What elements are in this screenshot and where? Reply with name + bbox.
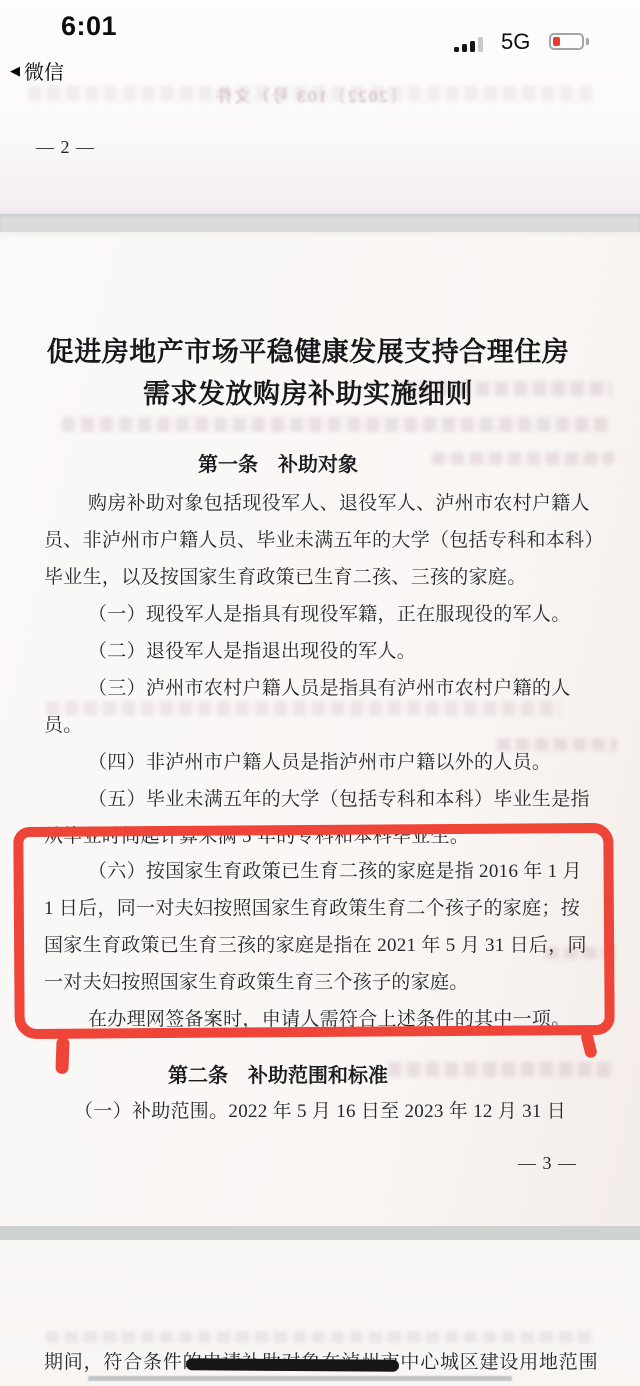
back-label: 微信 xyxy=(24,56,64,85)
back-to-wechat-button[interactable]: ◀ 微信 xyxy=(10,56,64,85)
document-title-line2: 需求发放购房补助实施细则 xyxy=(0,372,616,411)
article1-heading: 第一条 补助对象 xyxy=(0,448,556,477)
page-number-2: — 2 — xyxy=(36,137,95,158)
page-gap-divider xyxy=(0,214,640,232)
battery-tip xyxy=(586,38,589,45)
status-time: 6:01 xyxy=(61,11,117,42)
doc-line: 购房补助对象包括现役军人、退役军人、泸州市农村户籍人 xyxy=(88,488,590,515)
battery-icon xyxy=(549,33,584,50)
doc-line: （二）退役军人是指退出现役的军人。 xyxy=(88,636,416,663)
bleedthrough-text: 〔2022〕103 号）文件 xyxy=(30,82,590,107)
doc-line: （五）毕业未满五年的大学（包括专科和本科）毕业生是指 xyxy=(88,784,590,811)
doc-line: 毕业生，以及按国家生育政策已生育二孩、三孩的家庭。 xyxy=(44,562,527,589)
bleedthrough-row xyxy=(46,701,561,716)
document-title-line1: 促进房地产市场平稳健康发展支持合理住房 xyxy=(0,330,616,369)
back-triangle-icon: ◀ xyxy=(10,64,20,77)
page-number-3: — 3 — xyxy=(518,1153,577,1174)
article2-first-line: （一）补助范围。2022 年 5 月 16 日至 2023 年 12 月 31 … xyxy=(74,1096,566,1123)
network-type-label: 5G xyxy=(501,29,530,55)
redaction-marker xyxy=(186,1358,399,1371)
phone-screen: 6:01 5G ◀ 微信 〔2022〕103 号）文件 — 2 — 促进房地产市… xyxy=(0,0,640,1386)
bleedthrough-row xyxy=(62,417,610,432)
red-annotation-box xyxy=(13,823,614,1039)
doc-line: （一）现役军人是指具有现役军籍，正在服现役的军人。 xyxy=(88,599,571,626)
red-annotation-stroke-left xyxy=(55,1037,69,1074)
bleedthrough-row xyxy=(46,1331,592,1343)
article2-heading: 第二条 补助范围和标准 xyxy=(0,1059,556,1088)
doc-line: 员、非泸州市户籍人员、毕业未满五年的大学（包括专科和本科） xyxy=(44,525,604,552)
cellular-signal-icon xyxy=(454,37,486,52)
page-gap-divider xyxy=(0,1226,640,1240)
doc-line: （三）泸州市农村户籍人员是指具有泸州市农村户籍的人 xyxy=(88,673,571,700)
doc-line: 员。 xyxy=(44,710,83,737)
gray-underline xyxy=(88,1376,512,1381)
doc-line: （四）非泸州市户籍人员是指泸州市户籍以外的人员。 xyxy=(88,747,551,774)
